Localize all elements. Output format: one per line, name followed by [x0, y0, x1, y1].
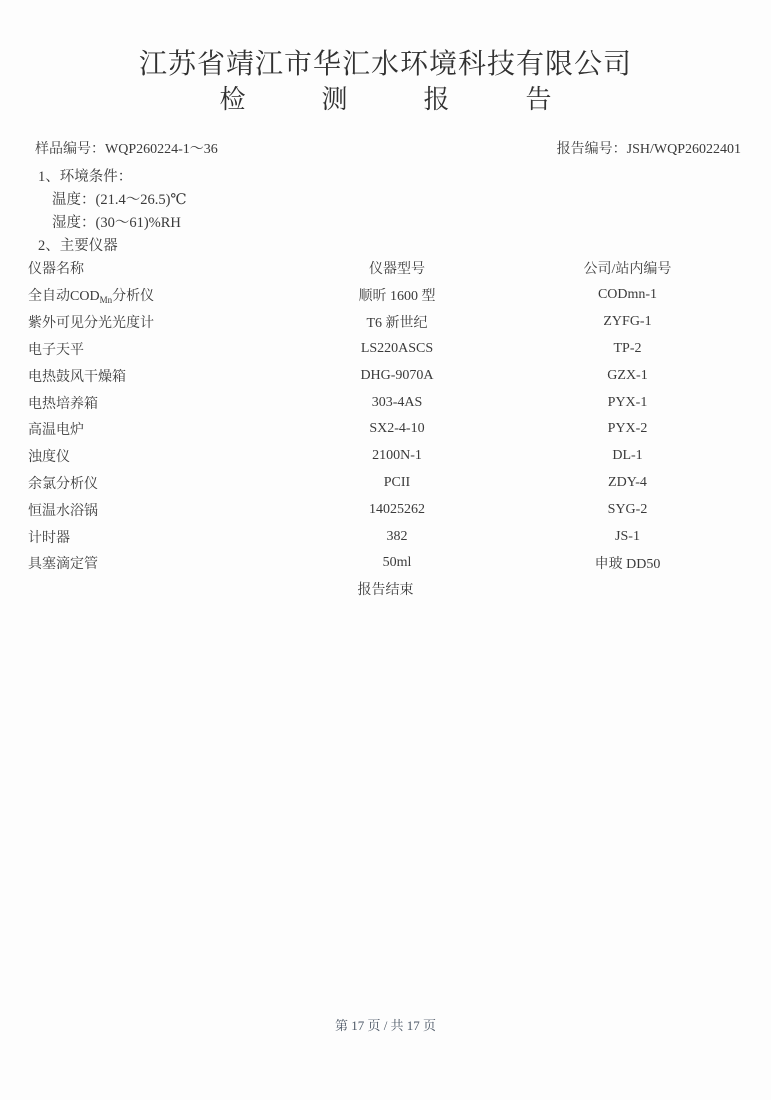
cod-name-subscript: Mn — [100, 295, 113, 305]
cell-instrument-name: 紫外可见分光光度计 — [28, 312, 282, 332]
table-row: 电热培养箱 303-4AS PYX-1 — [28, 389, 743, 416]
cell-company-code: PYX-2 — [512, 421, 743, 437]
sample-number-label: 样品编号： — [35, 142, 105, 157]
table-row: 余氯分析仪 PCII ZDY-4 — [28, 470, 743, 497]
cell-instrument-name: 电热鼓风干燥箱 — [28, 366, 282, 386]
cell-instrument-model: 14025262 — [282, 502, 512, 518]
cell-instrument-model: LS220ASCS — [282, 341, 512, 357]
cell-company-code: SYG-2 — [512, 502, 743, 518]
cell-instrument-name: 全自动CODMn分析仪 — [28, 285, 282, 305]
meta-row: 样品编号：WQP260224-1～36 报告编号：JSH/WQP26022401 — [0, 140, 771, 160]
cell-instrument-name: 电子天平 — [28, 339, 282, 359]
table-row: 电热鼓风干燥箱 DHG-9070A GZX-1 — [28, 362, 743, 389]
col-header-company-code: 公司/站内编号 — [512, 258, 743, 282]
report-number-value: JSH/WQP26022401 — [627, 142, 741, 157]
cell-company-code: PYX-1 — [512, 395, 743, 411]
cell-company-code: TP-2 — [512, 341, 743, 357]
cell-company-code: GZX-1 — [512, 368, 743, 384]
cell-instrument-model: PCII — [282, 475, 512, 491]
report-page: 江苏省靖江市华汇水环境科技有限公司 检测报告 样品编号：WQP260224-1～… — [0, 0, 771, 1100]
cell-instrument-model: 顺昕 1600 型 — [282, 285, 512, 305]
sample-number-line: 样品编号：WQP260224-1～36 — [35, 140, 218, 160]
cell-company-code: JS-1 — [512, 529, 743, 545]
cell-instrument-model: 2100N-1 — [282, 448, 512, 464]
humidity-line: 湿度：(30～61)%RH — [0, 212, 771, 235]
environment-heading: 1、环境条件： — [0, 166, 771, 189]
company-name: 江苏省靖江市华汇水环境科技有限公司 — [0, 48, 771, 82]
report-title: 检测报告 — [0, 82, 771, 118]
temperature-line: 温度：(21.4～26.5)℃ — [0, 189, 771, 212]
cell-instrument-name: 恒温水浴锅 — [28, 500, 282, 520]
cell-company-code: ZYFG-1 — [512, 314, 743, 330]
table-row: 电子天平 LS220ASCS TP-2 — [28, 336, 743, 363]
table-row: 具塞滴定管 50ml 申玻 DD50 — [28, 550, 743, 577]
sample-number-value: WQP260224-1～36 — [105, 142, 218, 157]
table-row: 计时器 382 JS-1 — [28, 523, 743, 550]
report-title-text: 检测报告 — [219, 85, 627, 114]
table-header-row: 仪器名称 仪器型号 公司/站内编号 — [28, 258, 743, 282]
cell-company-code: DL-1 — [512, 448, 743, 464]
col-header-instrument-model: 仪器型号 — [282, 258, 512, 282]
cell-instrument-model: DHG-9070A — [282, 368, 512, 384]
instruments-heading: 2、主要仪器 — [0, 235, 771, 258]
table-row: 全自动CODMn分析仪 顺昕 1600 型 CODmn-1 — [28, 282, 743, 309]
instruments-table: 仪器名称 仪器型号 公司/站内编号 全自动CODMn分析仪 顺昕 1600 型 … — [28, 258, 743, 577]
table-row: 高温电炉 SX2-4-10 PYX-2 — [28, 416, 743, 443]
cell-instrument-model: T6 新世纪 — [282, 312, 512, 332]
cell-instrument-name: 浊度仪 — [28, 446, 282, 466]
cell-instrument-model: 303-4AS — [282, 395, 512, 411]
cell-company-code: 申玻 DD50 — [512, 553, 743, 573]
cod-name-prefix: 全自动COD — [28, 289, 100, 304]
cell-instrument-name: 余氯分析仪 — [28, 473, 282, 493]
cell-instrument-name: 具塞滴定管 — [28, 553, 282, 573]
cod-name-suffix: 分析仪 — [112, 289, 154, 304]
cell-company-code: CODmn-1 — [512, 287, 743, 303]
col-header-instrument-name: 仪器名称 — [28, 258, 282, 282]
report-number-line: 报告编号：JSH/WQP26022401 — [557, 140, 741, 160]
cell-instrument-name: 电热培养箱 — [28, 393, 282, 413]
cell-instrument-name: 计时器 — [28, 527, 282, 547]
page-footer: 第 17 页 / 共 17 页 — [0, 1016, 771, 1036]
table-row: 恒温水浴锅 14025262 SYG-2 — [28, 496, 743, 523]
environment-section: 1、环境条件： 温度：(21.4～26.5)℃ 湿度：(30～61)%RH 2、… — [0, 166, 771, 258]
title-block: 江苏省靖江市华汇水环境科技有限公司 检测报告 — [0, 0, 771, 118]
report-number-label: 报告编号： — [557, 142, 627, 157]
report-end-note: 报告结束 — [0, 579, 771, 603]
table-row: 紫外可见分光光度计 T6 新世纪 ZYFG-1 — [28, 309, 743, 336]
cell-instrument-name: 高温电炉 — [28, 419, 282, 439]
table-row: 浊度仪 2100N-1 DL-1 — [28, 443, 743, 470]
cell-instrument-model: SX2-4-10 — [282, 421, 512, 437]
cell-instrument-model: 382 — [282, 529, 512, 545]
cell-instrument-model: 50ml — [282, 555, 512, 571]
cell-company-code: ZDY-4 — [512, 475, 743, 491]
